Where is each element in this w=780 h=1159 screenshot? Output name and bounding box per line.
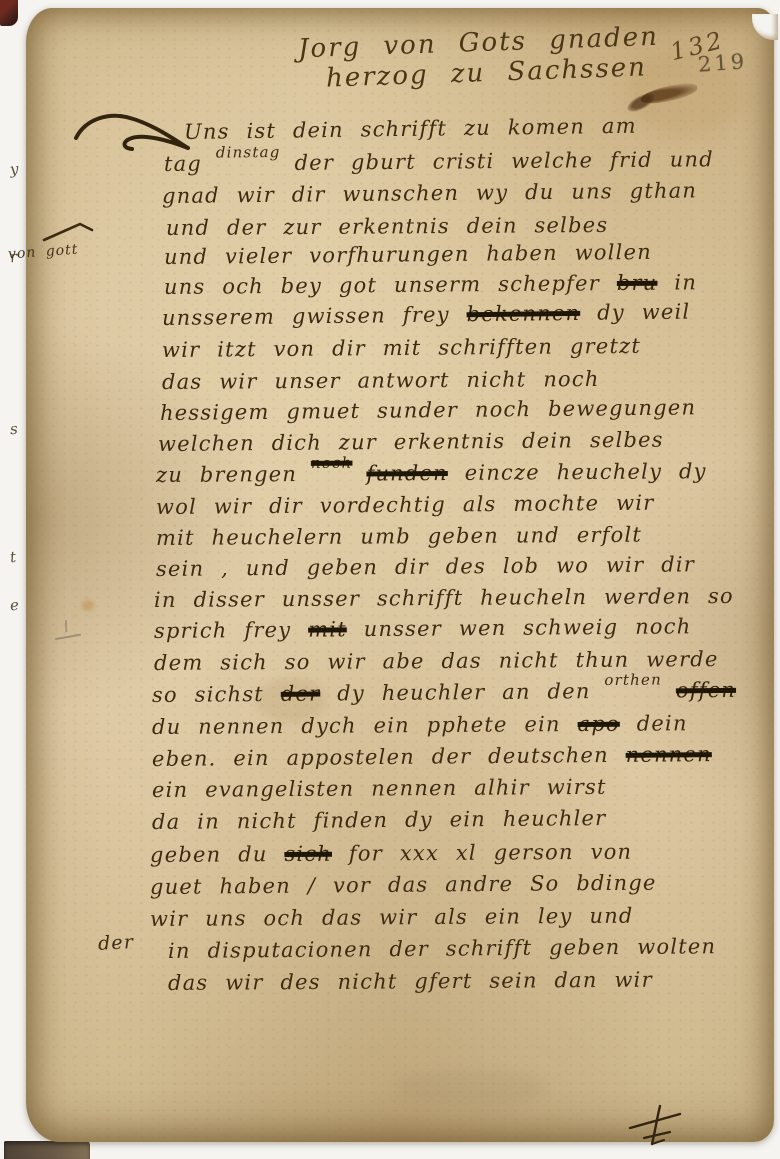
line-text: wir itzt von dir mit schrifften gretzt	[162, 334, 641, 362]
manuscript-line-17: sprich frey mit unsser wen schweig noch	[154, 614, 692, 643]
pencil-mark	[53, 622, 81, 640]
line-text: dein	[637, 711, 688, 735]
line-text: dy heuchler an den	[337, 679, 591, 705]
line-text: Uns ist dein schrifft zu komen am	[184, 114, 637, 144]
manuscript-line-4: und der zur erkentnis dein selbes	[166, 213, 608, 240]
binding-corner-bottom-left	[4, 1141, 90, 1159]
manuscript-line-24: geben du sich for xxx xl gerson von	[150, 840, 632, 867]
struck-word: sich	[284, 842, 332, 866]
line-text: und vieler vorfhurungen haben wollen	[164, 240, 652, 269]
struck-word: mit	[308, 617, 347, 641]
ink-smear	[625, 90, 658, 116]
line-text: tag	[164, 152, 202, 176]
line-text: uns och bey got unserm schepfer	[164, 271, 600, 299]
line-text: eben. ein appostelen der deutschen	[152, 743, 609, 771]
manuscript-line-16: in disser unsser schrifft heucheln werde…	[154, 584, 734, 612]
line-text: eincze heuchely dy	[465, 459, 707, 485]
line-text: geben du	[150, 842, 268, 867]
manuscript-line-19: so sichst der dy heuchler an den orthen …	[152, 678, 736, 707]
manuscript-line-21: eben. ein appostelen der deutschen nenne…	[152, 742, 712, 771]
manuscript-line-27: in disputacionen der schrifft geben wolt…	[168, 934, 716, 963]
margin-word: der	[97, 931, 134, 955]
line-text: so sichst	[152, 682, 264, 707]
struck-word: der	[281, 682, 321, 706]
line-text: sprich frey	[154, 618, 291, 643]
line-text: das wir unser antwort nicht noch	[162, 367, 600, 394]
line-text: dy weil	[597, 300, 691, 325]
struck-word: bekennen	[466, 301, 580, 326]
manuscript-line-28: das wir des nicht gfert sein dan wir	[168, 968, 653, 995]
line-text: ein evangelisten nennen alhir wirst	[152, 775, 607, 802]
line-text: das wir des nicht gfert sein dan wir	[168, 968, 653, 995]
opening-flourish	[72, 108, 192, 156]
photograph-background: yrste Jorg von Gots gnaden herzog zu Sac…	[0, 0, 780, 1159]
manuscript-line-3: gnad wir dir wunschen wy du uns gthan	[162, 178, 697, 208]
struck-word: bru	[617, 271, 658, 295]
manuscript-line-5: und vieler vorfhurungen haben wollen	[164, 240, 652, 269]
line-text: du nennen dych ein pphete ein	[152, 712, 561, 739]
line-text: unsser wen schweig noch	[364, 614, 692, 641]
manuscript-line-12: zu brengen noch funden eincze heuchely d…	[156, 459, 707, 487]
line-text: sein , und geben dir des lob wo wir dir	[156, 552, 695, 581]
line-text: da in nicht finden dy ein heuchler	[152, 806, 607, 834]
binding-corner-top-left	[0, 0, 18, 26]
manuscript-line-13: wol wir dir vordechtig als mochte wir	[156, 491, 655, 519]
stamped-page-number: 219	[697, 49, 748, 76]
line-text: zu brengen	[156, 462, 297, 487]
line-text: der gburt cristi welche frid und	[294, 147, 714, 175]
ink-smear	[639, 81, 699, 107]
manuscript-line-7: unsserem gwissen frey bekennen dy weil	[162, 300, 691, 330]
line-text: wir uns och das wir als ein ley und	[150, 904, 634, 931]
manuscript-line-14: mit heuchelern umb geben und erfolt	[156, 523, 642, 550]
interlinear-insertion: dinstag	[216, 143, 281, 162]
line-text: gnad wir dir wunschen wy du uns gthan	[162, 178, 697, 208]
line-text: welchen dich zur erkentnis dein selbes	[158, 428, 664, 456]
manuscript-line-9: das wir unser antwort nicht noch	[162, 367, 600, 394]
line-text: guet haben / vor das andre So bdinge	[150, 871, 657, 899]
line-text: in disputacionen der schrifft geben wolt…	[168, 934, 716, 963]
line-text: in disser unsser schrifft heucheln werde…	[154, 584, 734, 612]
manuscript-line-10: hessigem gmuet sunder noch bewegungen	[160, 395, 696, 425]
line-text: in	[674, 270, 697, 294]
line-text: mit heuchelern umb geben und erfolt	[156, 523, 642, 550]
manuscript-line-23: da in nicht finden dy ein heuchler	[152, 806, 607, 834]
quire-mark	[626, 1102, 686, 1148]
struck-word: offen	[676, 678, 736, 703]
line-text: wol wir dir vordechtig als mochte wir	[156, 491, 655, 519]
margin-note: von gott	[8, 242, 79, 263]
paper-stain	[396, 1070, 546, 1106]
manuscript-line-26: wir uns och das wir als ein ley und	[150, 904, 634, 931]
interlinear-insertion: orthen	[604, 671, 662, 690]
line-text: unsserem gwissen frey	[162, 302, 450, 330]
page-edge-ink-mark: e	[9, 596, 21, 615]
line-text: und der zur erkentnis dein selbes	[166, 213, 608, 240]
struck-word: apo	[578, 712, 620, 736]
line-text: hessigem gmuet sunder noch bewegungen	[160, 395, 696, 425]
manuscript-line-1: Uns ist dein schrifft zu komen am	[184, 114, 637, 144]
struck-word: funden	[366, 461, 448, 486]
caret-mark	[40, 214, 98, 244]
paper-stain	[82, 600, 94, 611]
manuscript-line-2: tag dinstag der gburt cristi welche frid…	[164, 147, 714, 176]
manuscript-line-6: uns och bey got unserm schepfer bru in	[164, 270, 697, 299]
manuscript-line-8: wir itzt von dir mit schrifften gretzt	[162, 334, 641, 362]
torn-corner	[752, 14, 778, 40]
struck-word: noch	[311, 454, 353, 472]
line-text: for xxx xl gerson von	[349, 840, 633, 866]
page-edge-ink-mark: s	[9, 420, 20, 439]
manuscript-line-25: guet haben / vor das andre So bdinge	[150, 871, 657, 899]
manuscript-line-11: welchen dich zur erkentnis dein selbes	[158, 428, 664, 456]
page-edge-ink-mark: y	[9, 160, 20, 179]
struck-word: nennen	[626, 742, 712, 767]
manuscript-line-20: du nennen dych ein pphete ein apo dein	[152, 711, 688, 739]
manuscript-page: Jorg von Gots gnaden herzog zu Sachssen …	[26, 8, 774, 1142]
manuscript-line-15: sein , und geben dir des lob wo wir dir	[156, 552, 695, 581]
manuscript-line-22: ein evangelisten nennen alhir wirst	[152, 775, 607, 802]
